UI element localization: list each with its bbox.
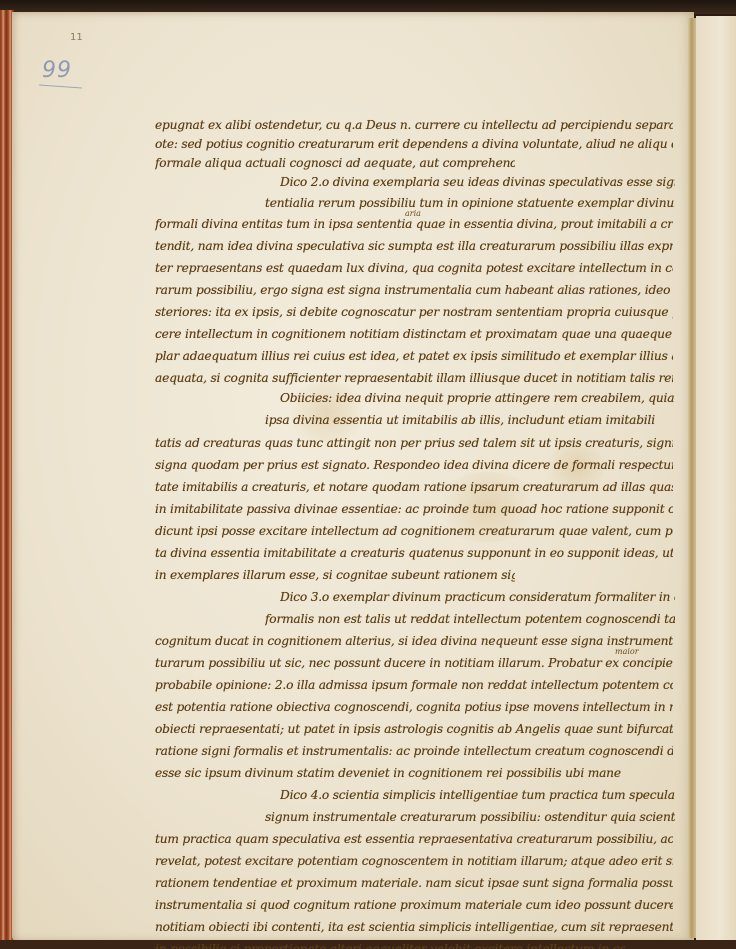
text-line: est potentia ratione obiectiva cognoscen… bbox=[155, 700, 673, 714]
text-line: rationem tendentiae et proximum material… bbox=[155, 876, 673, 890]
text-line: formalis non est talis ut reddat intelle… bbox=[265, 612, 675, 626]
text-line: signa quodam per prius est signato. Resp… bbox=[155, 458, 673, 472]
interlinear-note: maior bbox=[615, 647, 639, 656]
text-line: in exemplares illarum esse, si cognitae … bbox=[155, 568, 515, 582]
text-line: in imitabilitate passiva divinae essenti… bbox=[155, 502, 673, 516]
top-pencil-mark: 11 bbox=[70, 32, 83, 43]
text-line: plar adaequatum illius rei cuius est ide… bbox=[155, 349, 673, 363]
text-line: ter repraesentans est quaedam lux divina… bbox=[155, 261, 673, 275]
text-line: revelat, potest excitare potentiam cogno… bbox=[155, 854, 673, 868]
text-line: tate imitabilis a creaturis, et notare q… bbox=[155, 480, 673, 494]
text-line: ta divina essentia imitabilitate a creat… bbox=[155, 546, 673, 560]
paragraph-start-line: Dico 2.o divina exemplaria seu ideas div… bbox=[280, 175, 675, 189]
text-line: steriores: ita ex ipsis, si debite cogno… bbox=[155, 305, 673, 319]
text-line: esse sic ipsum divinum statim deveniet i… bbox=[155, 766, 625, 780]
facing-page-edge bbox=[696, 16, 736, 942]
text-line: tum practica quam speculativa est essent… bbox=[155, 832, 673, 846]
text-line: in possibilia si proportionate alteri ae… bbox=[155, 942, 625, 949]
text-line: instrumentalia si quod cognitum ratione … bbox=[155, 898, 673, 912]
text-line: formali divina entitas tum in ipsa sente… bbox=[155, 217, 673, 231]
text-line: turarum possibiliu ut sic, nec possunt d… bbox=[155, 656, 673, 670]
text-line: ipsa divina essentia ut imitabilis ab il… bbox=[265, 413, 675, 427]
paragraph-start-line: Dico 4.o scientia simplicis intelligenti… bbox=[280, 788, 675, 802]
folio-underline bbox=[39, 85, 82, 89]
text-line: tentialia rerum possibiliu tum in opinio… bbox=[265, 196, 675, 210]
text-line: ratione signi formalis et instrumentalis… bbox=[155, 744, 673, 758]
text-line: obiecti repraesentati; ut patet in ipsis… bbox=[155, 722, 673, 736]
text-line: probabile opinione: 2.o illa admissa ips… bbox=[155, 678, 673, 692]
text-line: epugnat ex alibi ostendetur, cu q.a Deus… bbox=[155, 118, 673, 132]
paragraph-start-line: Obiicies: idea divina nequit proprie att… bbox=[280, 391, 675, 405]
paragraph-start-line: Dico 3.o exemplar divinum practicum cons… bbox=[280, 590, 675, 604]
text-line: notitiam obiecti ibi contenti, ita est s… bbox=[155, 920, 673, 934]
text-line: aequata, si cognita sufficienter repraes… bbox=[155, 371, 673, 385]
text-line: cere intellectum in cognitionem notitiam… bbox=[155, 327, 673, 341]
text-line: tendit, nam idea divina speculativa sic … bbox=[155, 239, 673, 253]
folio-number: 99 bbox=[42, 58, 72, 83]
text-line: rarum possibiliu, ergo signa est signa i… bbox=[155, 283, 673, 297]
text-line: signum instrumentale creaturarum possibi… bbox=[265, 810, 675, 824]
text-line: tatis ad creaturas quas tunc attingit no… bbox=[155, 436, 673, 450]
book-gutter bbox=[688, 18, 696, 938]
text-line: formale aliqua actuali cognosci ad aequa… bbox=[155, 156, 515, 170]
text-line: ote: sed potius cognitio creaturarum eri… bbox=[155, 137, 673, 151]
text-line: cognitum ducat in cognitionem alterius, … bbox=[155, 634, 673, 648]
manuscript-page: 11 99 bbox=[12, 12, 694, 942]
text-line: dicunt ipsi posse excitare intellectum a… bbox=[155, 524, 673, 538]
